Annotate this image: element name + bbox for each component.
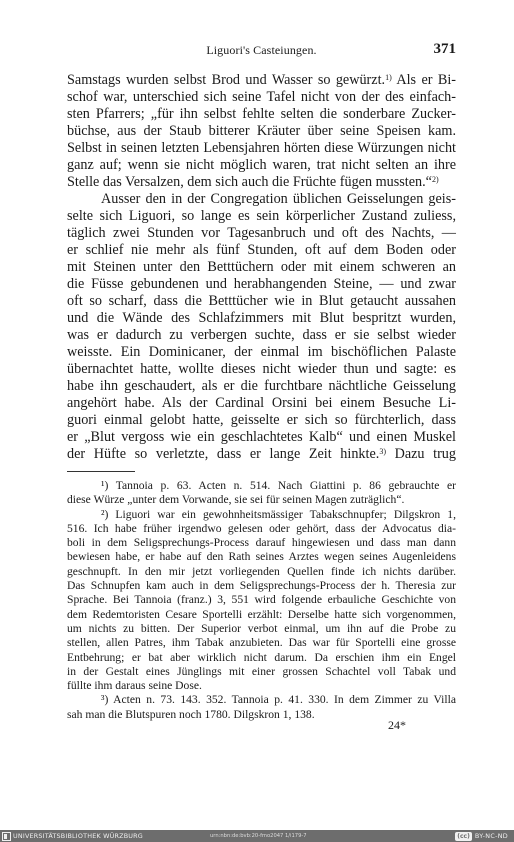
body-line: oft so scharf, dass die Betttücher wie i…: [67, 293, 456, 310]
footnote-2-line: stellen, allen Patres, ihm Tabak anzubie…: [67, 636, 456, 650]
footnote-1-line: ¹) Tannoia p. 63. Acten n. 514. Nach Gia…: [67, 479, 456, 493]
body-line: Selbst in seinen letzten Lebensjahren hö…: [67, 140, 456, 157]
body-line: der Hüfte so verletzte, dass er lange Ze…: [67, 446, 456, 463]
running-head: Liguori's Casteiungen. 371: [67, 41, 456, 59]
library-name: UNIVERSITÄTSBIBLIOTHEK WÜRZBURG: [13, 831, 143, 841]
body-line: mit Steinen unter den Betttüchern oder m…: [67, 259, 456, 276]
signature-mark: 24*: [388, 718, 406, 733]
body-line: er schlief nie mehr als fünf Stunden, of…: [67, 242, 456, 259]
footnote-ref-2[interactable]: 2): [432, 175, 439, 184]
running-title: Liguori's Casteiungen.: [67, 43, 456, 58]
footer-bar: UNIVERSITÄTSBIBLIOTHEK WÜRZBURG urn:nbn:…: [0, 830, 514, 842]
footnote-ref-3[interactable]: 3): [379, 447, 386, 456]
body-line: büchse, aus der Staub bitterer Kräuter ü…: [67, 123, 456, 140]
page-number: 371: [434, 41, 457, 58]
urn-link[interactable]: urn:nbn:de:bvb:20-fmo2047 1/i179-7: [210, 830, 307, 842]
body-line: selte sich Liguori, so lange es sein kör…: [67, 208, 456, 225]
body-line: übernachtet hatte, wollte dieses nicht w…: [67, 361, 456, 378]
body-line: sten Pfarrers; „für ihn selbst fehlte se…: [67, 106, 456, 123]
body-line: ganz auf; wenn sie nicht möglich waren, …: [67, 157, 456, 174]
body-line: Samstags wurden selbst Brod und Wasser s…: [67, 72, 456, 89]
footnote-1-line: diese Würze „unter dem Vorwande, sie sei…: [67, 493, 456, 507]
footnote-2-line: geschnupft. In den mir jetzt vorliegende…: [67, 565, 456, 579]
body-line: täglich zwei Stunden vor Tagesanbruch un…: [67, 225, 456, 242]
footnote-divider: [67, 471, 135, 472]
footnote-2-line: Das Schnupfen kam auch in dem Seligsprec…: [67, 579, 456, 593]
footnote-2-line: bewiesen habe, er habe auf den Rath sein…: [67, 550, 456, 564]
creative-commons-icon: (cc): [455, 832, 472, 841]
footnote-ref-1[interactable]: 1): [385, 73, 392, 82]
footnote-2-line: in der Gestalt eines Jünglings mit einer…: [67, 665, 456, 679]
footnote-3-line: ³) Acten n. 73. 143. 352. Tannoia p. 41.…: [67, 693, 456, 707]
body-line: angehört habe. Als der Cardinal Orsini b…: [67, 395, 456, 412]
body-line: schof war, unterschied sich seine Tafel …: [67, 89, 456, 106]
footnote-2-line: dem Redemtoristen Cesare Sportelli erzäh…: [67, 608, 456, 622]
body-line: und die Wände des Schlafzimmers mit Blut…: [67, 310, 456, 327]
footnote-2-line: füllte ihm daraus seine Dose.: [67, 679, 456, 693]
body-line: guori einmal gelobt hatte, geisselte er …: [67, 412, 456, 429]
footnote-2-line: boli in dem Seligsprechungs-Process dara…: [67, 536, 456, 550]
license-label: BY-NC-ND: [475, 831, 508, 841]
footnote-2-line: 516. Ich habe früher irgendwo gelesen od…: [67, 522, 456, 536]
footnote-2-line: Entbehrung; er bat aber wirklich nicht d…: [67, 651, 456, 665]
body-line: was er dadurch zu verbergen suchte, dass…: [67, 327, 456, 344]
body-line: er „Blut vergoss wie ein geschlachtetes …: [67, 429, 456, 446]
body-text: Samstags wurden selbst Brod und Wasser s…: [67, 72, 456, 463]
body-line: habe ihn geschaudert, als er die furchtb…: [67, 378, 456, 395]
library-logo[interactable]: UNIVERSITÄTSBIBLIOTHEK WÜRZBURG: [2, 831, 143, 841]
footnotes: ¹) Tannoia p. 63. Acten n. 514. Nach Gia…: [67, 479, 456, 722]
footnote-2-line: um nichts zu bitten. Der Superior verbot…: [67, 622, 456, 636]
footnote-2-line: ²) Liguori war ein gewohnheitsmässiger T…: [67, 508, 456, 522]
footnote-2-line: Sprache. Bei Tannoia (franz.) 3, 551 wir…: [67, 593, 456, 607]
body-line: weisste. Ein Dominicaner, der einmal im …: [67, 344, 456, 361]
library-logo-icon: [2, 832, 11, 841]
scanned-book-page: Liguori's Casteiungen. 371 Samstags wurd…: [0, 0, 514, 830]
body-line: Stelle das Versalzen, dem sich auch die …: [67, 174, 456, 191]
license-link[interactable]: (cc) BY-NC-ND: [455, 831, 508, 841]
body-line: Ausser den in der Congregation üblichen …: [67, 191, 456, 208]
body-line: die Füsse gebundenen und herabhangenden …: [67, 276, 456, 293]
